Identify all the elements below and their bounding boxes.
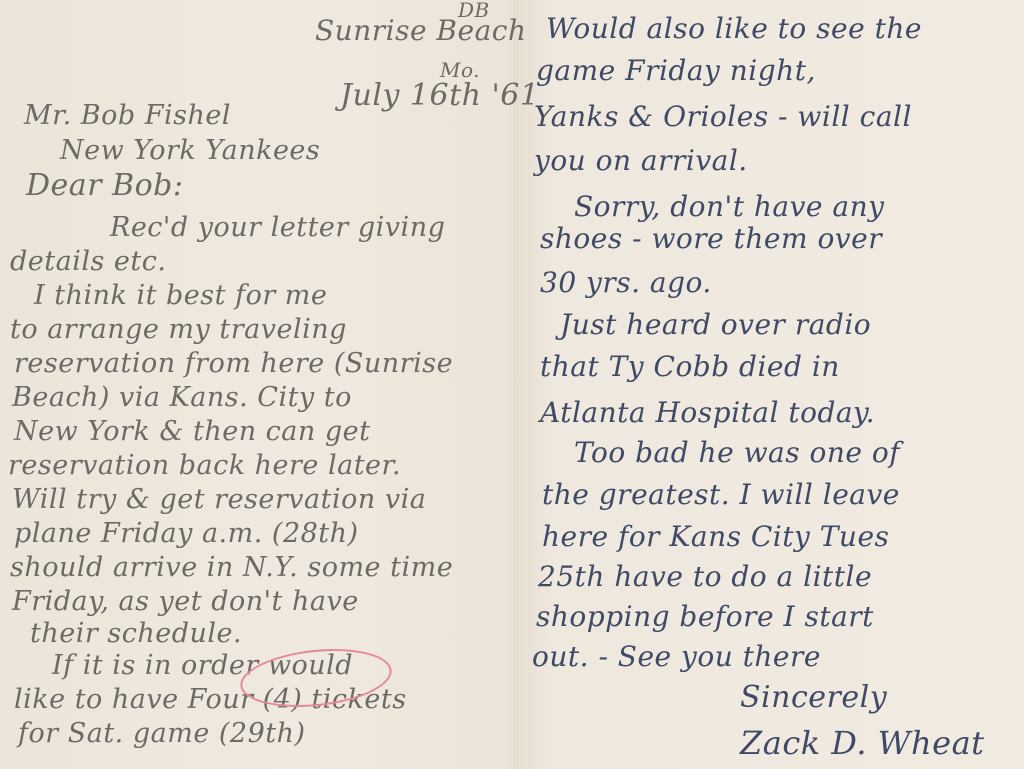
right-line: that Ty Cobb died in bbox=[540, 350, 840, 383]
left-line: New York & then can get bbox=[14, 416, 371, 447]
page-seam bbox=[510, 0, 514, 769]
left-line: plane Friday a.m. (28th) bbox=[14, 518, 359, 549]
left-line: their schedule. bbox=[30, 618, 242, 649]
right-line: Too bad he was one of bbox=[574, 436, 900, 469]
recipient-name: Mr. Bob Fishel bbox=[24, 100, 231, 131]
signature: Zack D. Wheat bbox=[740, 724, 985, 762]
right-line: the greatest. I will leave bbox=[542, 478, 900, 511]
right-line: Sorry, don't have any bbox=[574, 190, 884, 223]
left-line: Rec'd your letter giving bbox=[110, 212, 445, 243]
left-line: for Sat. game (29th) bbox=[18, 718, 306, 749]
left-line: I think it best for me bbox=[34, 280, 327, 311]
right-line: here for Kans City Tues bbox=[542, 520, 889, 553]
right-line: Would also like to see the bbox=[546, 12, 922, 45]
recipient-org: New York Yankees bbox=[60, 135, 320, 166]
right-line: 30 yrs. ago. bbox=[540, 266, 712, 299]
right-line: 25th have to do a little bbox=[538, 560, 872, 593]
right-line: Atlanta Hospital today. bbox=[540, 396, 875, 429]
right-line: Yanks & Orioles - will call bbox=[534, 100, 912, 133]
right-line: Just heard over radio bbox=[560, 308, 871, 341]
right-line: out. - See you there bbox=[532, 640, 821, 673]
left-line: should arrive in N.Y. some time bbox=[10, 552, 453, 583]
right-line: game Friday night, bbox=[536, 54, 816, 87]
left-line: Friday, as yet don't have bbox=[12, 586, 359, 617]
left-line: reservation back here later. bbox=[8, 450, 401, 481]
right-line: you on arrival. bbox=[534, 144, 748, 177]
salutation: Dear Bob: bbox=[26, 168, 184, 203]
date: July 16th '61 bbox=[340, 78, 539, 113]
right-line: shoes - wore them over bbox=[540, 222, 882, 255]
right-line: shopping before I start bbox=[536, 600, 874, 633]
left-line: to arrange my traveling bbox=[10, 314, 347, 345]
left-line: details etc. bbox=[10, 246, 166, 277]
place: Sunrise Beach bbox=[315, 14, 526, 47]
left-line: reservation from here (Sunrise bbox=[14, 348, 453, 379]
left-line: Beach) via Kans. City to bbox=[12, 382, 352, 413]
closing: Sincerely bbox=[740, 680, 887, 715]
left-line: Will try & get reservation via bbox=[12, 484, 426, 515]
